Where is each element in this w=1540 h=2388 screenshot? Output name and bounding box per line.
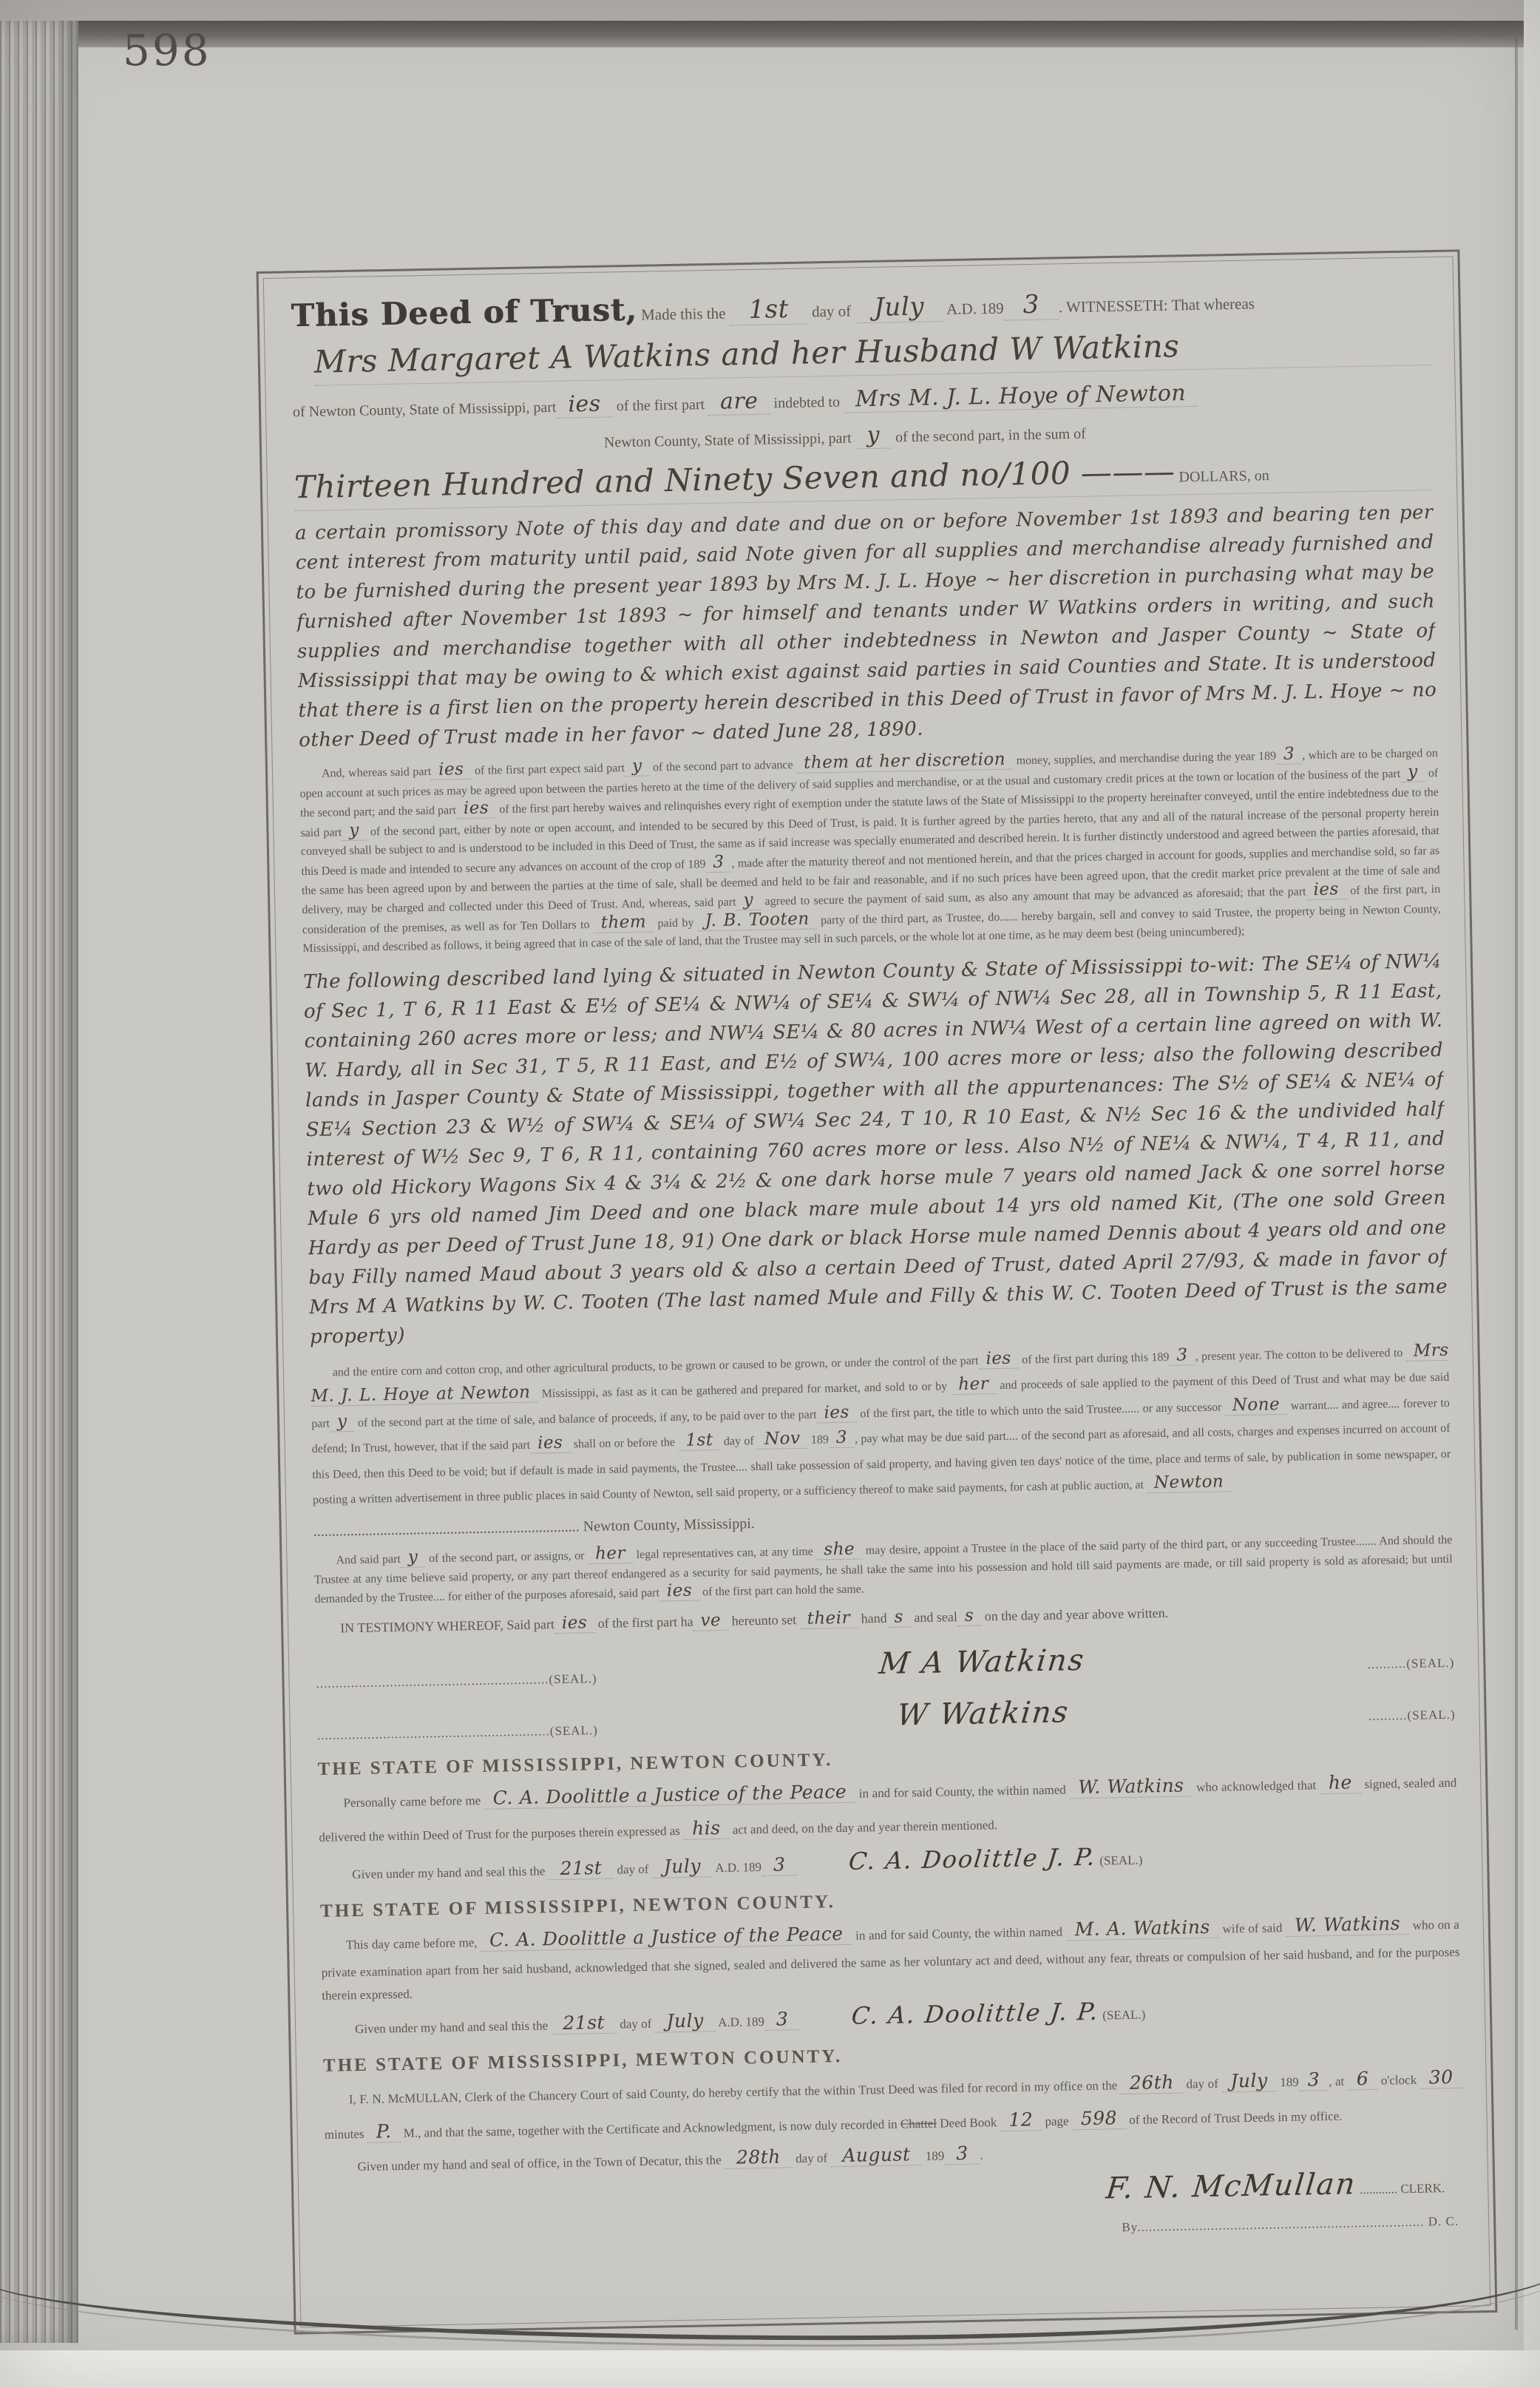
printed-text: Given under my hand and seal this the xyxy=(355,2019,552,2037)
printed-text: wife of said xyxy=(1219,1921,1286,1936)
handwritten-text: y xyxy=(401,1548,426,1569)
printed-text: legal representatives can, at any time xyxy=(633,1546,817,1562)
trustee-appointment-clause: And said party of the second part, or as… xyxy=(313,1530,1453,1609)
handwritten-text: ies xyxy=(1306,879,1346,900)
seal-row-wife: ........................................… xyxy=(316,1637,1455,1691)
handwritten-text: M. A. Watkins xyxy=(1065,1916,1219,1941)
printed-text: , pay what may be due said part.... of t… xyxy=(312,1422,1451,1506)
scan-top-margin xyxy=(0,0,1540,21)
handwritten-text: None xyxy=(1225,1395,1288,1416)
printed-text: Mississippi, as fast as it can be gather… xyxy=(537,1381,951,1401)
handwritten-text: y xyxy=(625,757,650,777)
printed-text: day of xyxy=(614,1862,652,1877)
printed-text: of the first part ha xyxy=(594,1614,693,1631)
printed-text: and the entire corn and cotton crop, and… xyxy=(333,1354,979,1379)
printed-text: minutes xyxy=(325,2127,367,2142)
handwritten-text: W. Watkins xyxy=(1286,1912,1410,1937)
scanned-deed-record-page: 598 This Deed of Trust, Made this the 1s… xyxy=(0,0,1540,2388)
handwritten-text: ve xyxy=(693,1611,728,1631)
handwritten-text: Nov xyxy=(757,1429,808,1450)
printed-text: Given under my hand and seal this the xyxy=(352,1864,549,1882)
handwritten-text: ies xyxy=(659,1581,700,1602)
printed-text: (SEAL.) xyxy=(1099,2008,1146,2023)
clerk-signature-row: F. N. McMullan ............ CLERK. xyxy=(325,2165,1465,2220)
handwritten-text: August xyxy=(830,2143,923,2167)
printed-text: . WITNESSETH: That whereas xyxy=(1059,294,1255,316)
printed-text: of the Record of Trust Deeds in my offic… xyxy=(1126,2108,1343,2126)
printed-text: page xyxy=(1042,2114,1072,2128)
handwritten-text: 3 xyxy=(1169,1345,1195,1366)
printed-text: DOLLARS, on xyxy=(1175,467,1269,485)
handwritten-text: July xyxy=(654,2010,716,2034)
handwritten-signature: W Watkins xyxy=(895,1695,1071,1732)
handwritten-text: ies xyxy=(456,799,497,819)
printed-text: of the first part can hold the same. xyxy=(699,1583,864,1599)
handwritten-text: J. B. Tooten xyxy=(697,909,817,931)
printed-text: A.D. 189 xyxy=(716,2015,764,2029)
printed-text: of the first part xyxy=(613,396,709,414)
handwritten-text: Thirteen Hundred and Ninety Seven and no… xyxy=(294,453,1175,505)
printed-text: By......................................… xyxy=(1122,2214,1459,2234)
handwritten-text: 3 xyxy=(829,1428,855,1449)
printed-text: ........................................… xyxy=(316,1671,597,1691)
printed-text: 189 xyxy=(922,2149,944,2164)
handwritten-text: ies xyxy=(554,1613,595,1634)
grantors-line: Mrs Margaret A Watkins and her Husband W… xyxy=(313,323,1431,386)
crop-clause: and the entire corn and cotton crop, and… xyxy=(311,1340,1452,1514)
printed-text: (SEAL.) xyxy=(1096,1853,1143,1868)
printed-text: in and for said County, the within named xyxy=(852,1925,1065,1943)
handwritten-text: Newton xyxy=(1147,1472,1232,1493)
handwritten-text: ies xyxy=(816,1402,857,1423)
handwritten-text: C. A. Doolittle a Justice of the Peace xyxy=(484,1781,855,1810)
handwritten-text: ies xyxy=(556,390,613,418)
printed-text: day of xyxy=(793,2151,831,2165)
printed-text: of the second part at the time of sale, … xyxy=(354,1408,816,1429)
handwritten-text: 21st xyxy=(548,1857,614,1881)
handwritten-text: them xyxy=(594,912,654,933)
handwritten-text: 3 xyxy=(705,852,732,873)
deed-form-content: This Deed of Trust, Made this the 1st da… xyxy=(291,266,1466,2328)
handwritten-text: 30 xyxy=(1420,2066,1462,2089)
printed-text: day of xyxy=(617,2017,655,2032)
printed-text: . xyxy=(980,2148,983,2162)
page-right-edge xyxy=(1515,30,1518,2330)
printed-text: THE STATE OF MISSISSIPPI, NEWTON COUNTY. xyxy=(320,1893,835,1922)
handwritten-text: ies xyxy=(431,760,472,780)
handwritten-text: she xyxy=(816,1540,862,1560)
handwritten-text: July xyxy=(1221,2070,1277,2093)
ack-wife: This day came before me, C. A. Doolittle… xyxy=(321,1906,1461,2007)
page-number: 598 xyxy=(123,25,211,75)
note-description: a certain promissory Note of this day an… xyxy=(295,498,1438,755)
printed-text: day of xyxy=(808,302,855,320)
handwritten-text: them at her discretion xyxy=(796,750,1013,774)
printed-text: And, whereas said part xyxy=(322,765,431,780)
handwritten-text: y xyxy=(330,1412,355,1433)
printed-text: shall on or before the xyxy=(570,1436,678,1451)
printed-text: IN TESTIMONY WHEREOF, Said part xyxy=(340,1617,554,1635)
handwritten-text: he xyxy=(1320,1771,1361,1794)
printed-text: and seal xyxy=(911,1609,957,1625)
printed-text: day of xyxy=(720,1435,757,1448)
handwritten-text: July xyxy=(855,291,943,323)
handwritten-text: ies xyxy=(978,1348,1019,1369)
printed-text: o'clock xyxy=(1377,2073,1420,2088)
printed-text: of the second part to advance xyxy=(649,759,796,774)
handwritten-text: 3 xyxy=(944,2142,980,2165)
handwritten-signature: F. N. McMullan xyxy=(1105,2167,1358,2205)
printed-text: of the second part, or assigns, or xyxy=(425,1550,588,1566)
handwritten-text: 28th xyxy=(725,2145,793,2169)
handwritten-text: C. A. Doolittle a Justice of the Peace xyxy=(481,1923,852,1952)
handwritten-text: 1st xyxy=(729,294,808,325)
printed-text-struck: Chattel xyxy=(900,2116,937,2131)
printed-text: act and deed, on the day and year therei… xyxy=(729,1818,997,1837)
handwritten-text: are xyxy=(708,388,770,416)
handwritten-text: s xyxy=(957,1606,982,1627)
handwritten-text: P. xyxy=(367,2120,401,2143)
printed-text: agreed to secure the payment of said sum… xyxy=(761,885,1306,908)
handwritten-text: 598 xyxy=(1072,2107,1127,2130)
handwritten-text: her xyxy=(588,1543,633,1564)
printed-text: And said part xyxy=(336,1553,401,1567)
handwritten-text: 6 xyxy=(1348,2068,1378,2091)
printed-text: in and for said County, the within named xyxy=(855,1782,1070,1800)
printed-text: ........................................… xyxy=(317,1723,598,1743)
printed-text: Made this the xyxy=(637,304,730,323)
printed-text: This day came before me, xyxy=(346,1935,481,1952)
handwritten-text: 3 xyxy=(764,2009,801,2032)
printed-text: ............ CLERK. xyxy=(1357,2181,1445,2196)
printed-text: ..........(SEAL.) xyxy=(1368,1656,1455,1672)
handwritten-text: 3 xyxy=(1276,744,1303,765)
handwritten-text: y xyxy=(855,422,892,449)
scan-bottom-margin xyxy=(0,2350,1540,2388)
handwritten-text: y xyxy=(736,890,761,911)
printed-text: A.D. 189 xyxy=(713,1860,761,1875)
printed-text: Given under my hand and seal of office, … xyxy=(357,2153,725,2174)
scan-right-margin xyxy=(1524,0,1540,2388)
printed-text: THE STATE OF MISSISSIPPI, MEWTON COUNTY. xyxy=(323,2047,843,2077)
land-description: The following described land lying & sit… xyxy=(303,947,1448,1352)
handwritten-text: Mrs M. J. L. Hoye of Newton xyxy=(844,380,1198,413)
printed-text: may desire, appoint a Trustee in the pla… xyxy=(314,1534,1453,1606)
printed-text: paid by xyxy=(654,916,698,930)
printed-text: I, F. N. McMULLAN, Clerk of the Chancery… xyxy=(349,2079,1121,2107)
printed-text: of the second part, in the sum of xyxy=(892,426,1086,446)
deed-form: This Deed of Trust, Made this the 1st da… xyxy=(257,249,1498,2334)
handwritten-text: their xyxy=(799,1609,858,1629)
printed-text: , present year. The cotton to be deliver… xyxy=(1195,1347,1405,1363)
handwritten-text: 3 xyxy=(1298,2069,1329,2091)
handwritten-text: a certain promissory Note of this day an… xyxy=(295,501,1437,751)
handwritten-text: 21st xyxy=(551,2012,617,2035)
gothic-title: This Deed of Trust, xyxy=(291,291,637,334)
handwritten-text: 3 xyxy=(761,1853,798,1876)
printed-text: of the first part, the title to which un… xyxy=(857,1401,1225,1420)
printed-text: ..........(SEAL.) xyxy=(1368,1708,1456,1724)
form-title-line: This Deed of Trust, Made this the 1st da… xyxy=(291,277,1430,334)
printed-text: hereunto set xyxy=(728,1612,800,1628)
book-top-edge xyxy=(0,21,1540,47)
printed-text: Deed Book xyxy=(937,2115,1000,2131)
printed-text: M., and that the same, together with the… xyxy=(400,2117,900,2140)
printed-text: , at xyxy=(1329,2074,1348,2088)
handwritten-text: y xyxy=(1400,762,1425,782)
printed-text: ........................................… xyxy=(313,1515,755,1540)
printed-text: of Newton County, State of Mississippi, … xyxy=(293,399,557,421)
printed-text: on the day and year above written. xyxy=(981,1606,1168,1624)
handwritten-text: her xyxy=(951,1374,996,1395)
handwritten-signature: C. A. Doolittle J. P. xyxy=(847,1843,1098,1875)
handwritten-text: The following described land lying & sit… xyxy=(303,950,1448,1348)
handwritten-text: W. Watkins xyxy=(1069,1774,1193,1799)
handwritten-signature: M A Watkins xyxy=(878,1643,1087,1681)
handwritten-text: 1st xyxy=(678,1430,721,1451)
printed-text: of the first part expect said part xyxy=(471,762,625,777)
book-binding-gutter xyxy=(0,21,78,2343)
handwritten-text: 26th xyxy=(1121,2071,1184,2095)
seal-row-husband: ........................................… xyxy=(316,1688,1456,1743)
printed-text: money, supplies, and merchandise during … xyxy=(1013,750,1276,768)
printed-text: day of xyxy=(1183,2077,1222,2091)
handwritten-text: 3 xyxy=(1003,289,1059,320)
printed-text: THE STATE OF MISSISSIPPI, NEWTON COUNTY. xyxy=(317,1750,832,1779)
handwritten-text: 12 xyxy=(1000,2108,1042,2131)
printed-text: who acknowledged that xyxy=(1193,1778,1320,1794)
handwritten-text: his xyxy=(683,1817,730,1840)
handwritten-text: y xyxy=(342,820,367,841)
printed-text: A.D. 189 xyxy=(943,300,1004,318)
handwritten-text: July xyxy=(651,1856,713,1879)
printed-text: 189 xyxy=(1276,2075,1298,2090)
advances-clause: And, whereas said parties of the first p… xyxy=(299,743,1442,958)
printed-text: indebted to xyxy=(770,394,844,412)
handwritten-text: ies xyxy=(530,1433,571,1454)
printed-text: Personally came before me xyxy=(343,1793,484,1810)
handwritten-text: Mrs Margaret A Watkins and her Husband W… xyxy=(313,328,1179,379)
printed-text: hand xyxy=(858,1611,887,1626)
printed-text: 189 xyxy=(807,1433,829,1447)
printed-text: Newton County, State of Mississippi, par… xyxy=(604,430,855,450)
printed-text: of the first part during this 189 xyxy=(1019,1351,1170,1367)
handwritten-signature: C. A. Doolittle J. P. xyxy=(850,1998,1101,2030)
handwritten-text: s xyxy=(886,1607,911,1628)
